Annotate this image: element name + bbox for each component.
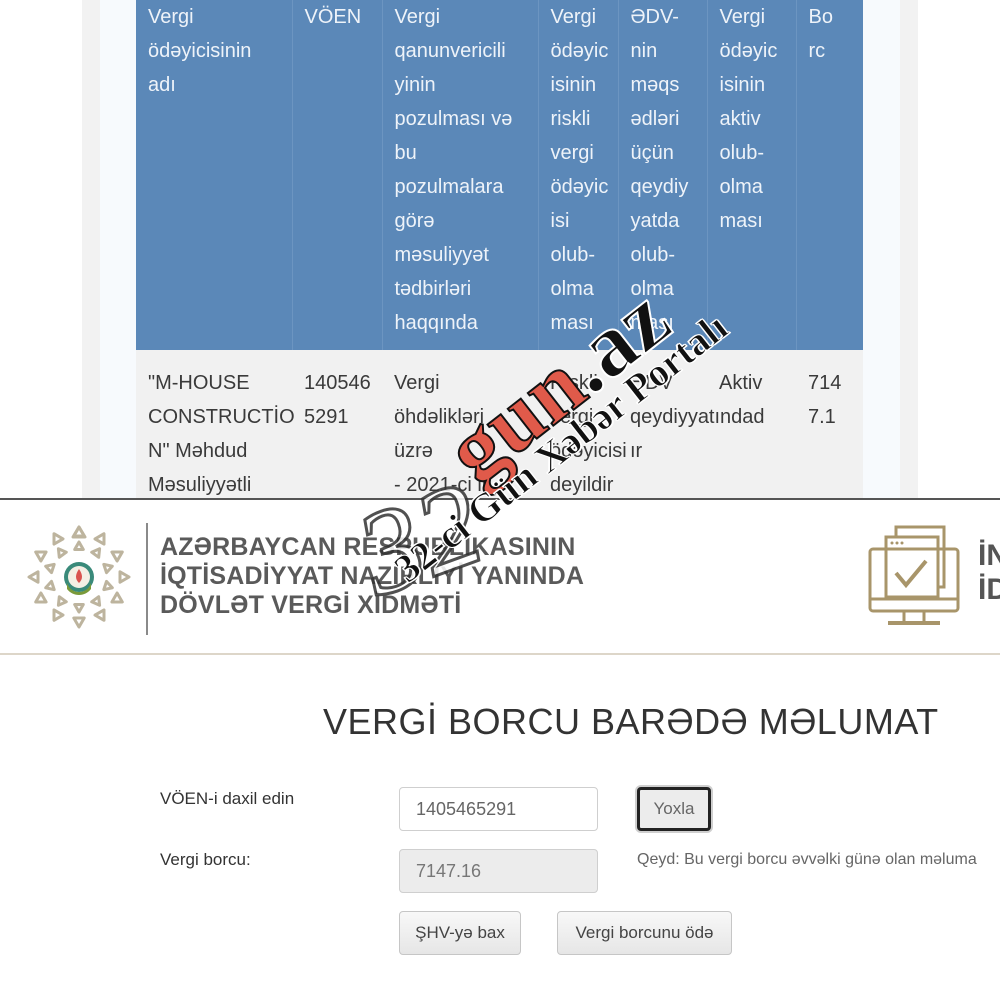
debt-label: Vergi borcu:: [160, 850, 251, 870]
voen-label: VÖEN-i daxil edin: [160, 789, 294, 809]
monitor-checkmark-icon: [866, 523, 962, 631]
cell-taxpayer-name: "M-HOUSE CONSTRUCTİO N" Məhdud Məsuliyyə…: [136, 350, 292, 500]
tax-debt-form-screenshot: AZƏRBAYCAN RESPUBLİKASININ İQTİSADİYYAT …: [0, 501, 1000, 1000]
view-shv-button[interactable]: ŞHV-yə bax: [399, 911, 521, 955]
col-header-violations: Vergi qanunvericili yinin pozulması və b…: [382, 0, 538, 350]
service-label: İN İD: [978, 539, 1000, 607]
pay-debt-button[interactable]: Vergi borcunu ödə: [557, 911, 732, 955]
voen-input[interactable]: [399, 787, 598, 831]
page-gutter-left-inner: [100, 0, 136, 500]
col-header-debt: Bo rc: [796, 0, 863, 350]
page-gutter-right-inner: [863, 0, 900, 500]
page-gutter-left: [82, 0, 100, 500]
header-divider: [146, 523, 148, 635]
state-emblem-icon: [25, 523, 133, 631]
debt-output-field: [399, 849, 598, 893]
col-header-taxpayer-name: Vergi ödəyicisinin adı: [136, 0, 292, 350]
col-header-voen: VÖEN: [292, 0, 382, 350]
col-header-active: Vergi ödəyic isinin aktiv olub- olma mas…: [707, 0, 796, 350]
page-gutter-right: [900, 0, 918, 500]
page-title: VERGİ BORCU BARƏDƏ MƏLUMAT: [323, 701, 939, 743]
check-button[interactable]: Yoxla: [637, 787, 711, 831]
cell-debt: 714 7.1: [796, 350, 863, 500]
cell-voen: 140546 5291: [292, 350, 382, 500]
debt-note: Qeyd: Bu vergi borcu əvvəlki günə olan m…: [637, 851, 977, 869]
table-header-row: Vergi ödəyicisinin adı VÖEN Vergi qanunv…: [136, 0, 863, 350]
header-underline: [0, 653, 1000, 655]
